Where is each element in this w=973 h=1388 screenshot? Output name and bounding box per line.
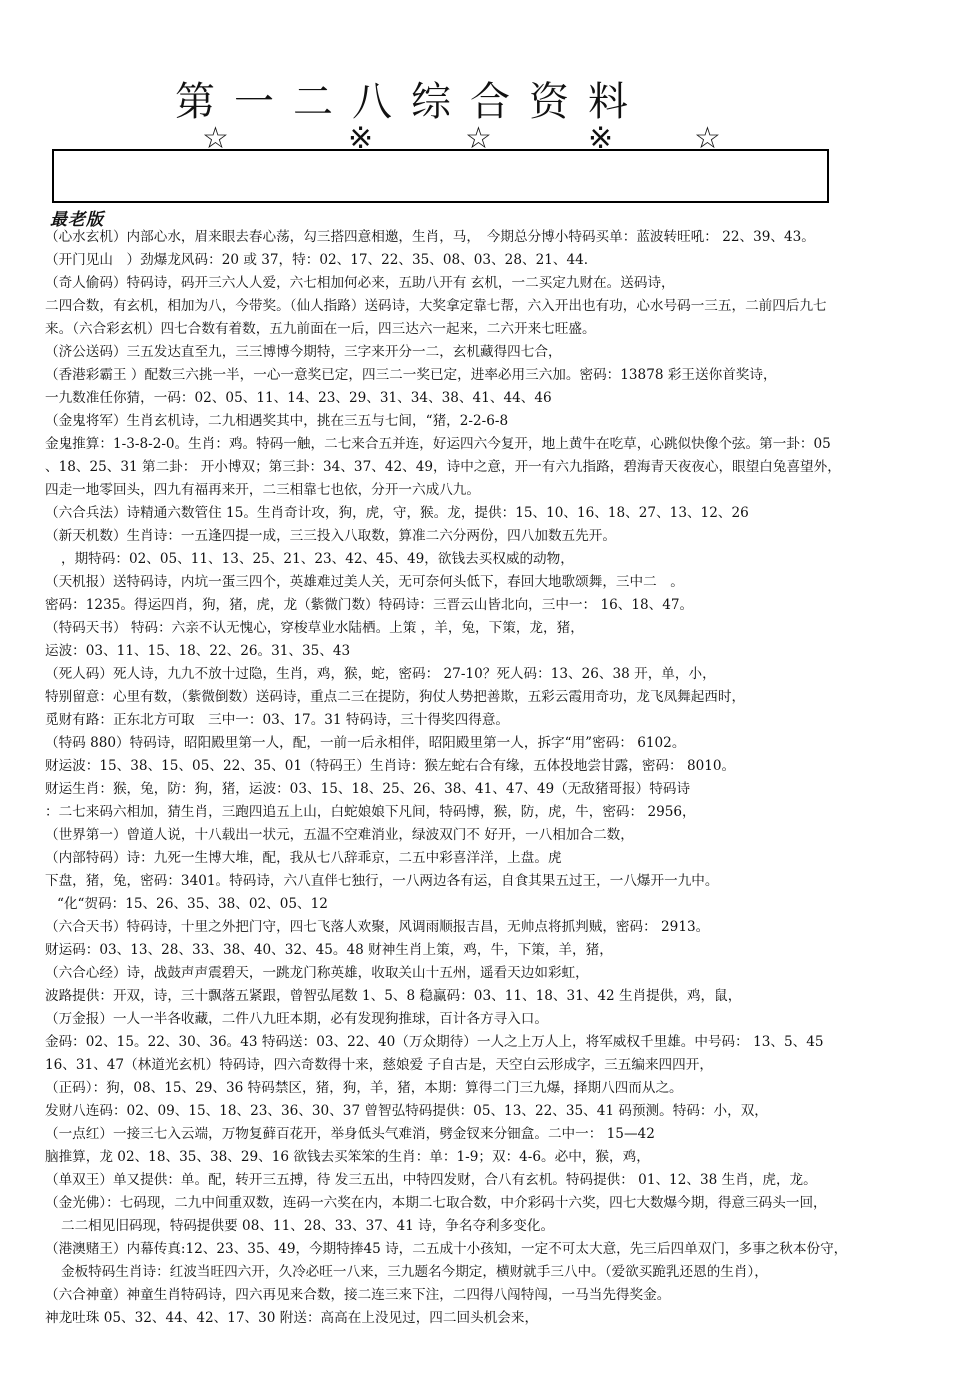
banner-box [52, 149, 829, 203]
text-line: 来。（六合彩玄机）四七合数有着数，五九前面在一后，四三达六一起来，二六开来七旺盛… [45, 318, 973, 341]
text-line: （内部特码）诗：九死一生博大堆，配，我从七八辞乖京，二五中彩喜洋洋，上盘。虎 [45, 847, 973, 870]
text-line: （香港彩霸王 ）配数三六挑一半，一心一意奖已定，四三二一奖已定，进率必用三六加。… [45, 364, 973, 387]
text-line: （六合兵法）诗精通六数管住 15。生肖奇计攻，狗，虎，守，猴。龙，提供：15、1… [45, 502, 973, 525]
text-line: （特码天书） 特码：六亲不认无愧心，穿梭草业水陆栖。上策 ，羊，兔，下策，龙，猪… [45, 617, 973, 640]
text-line: 金鬼推算：1-3-8-2-0。生肖：鸡。特码一触，二七来合五并连，好运四六今复开… [45, 433, 973, 456]
text-line: （开门见山 ）劲爆龙风码：20 或 37，特：02、17、22、35、08、03… [45, 249, 973, 272]
text-line: 波路提供：开双，诗，三十飘落五紧跟，曾智弘尾数 1、5、8 稳赢码：03、11、… [45, 985, 973, 1008]
text-line: （金光佛）：七码现，二九中间重双数，连码一六奖在内，本期二七取合数，中介彩码十六… [45, 1192, 973, 1215]
text-line: （单双王）单又提供：单。配，转开三五搏，待 发三五出，中特四发财，合八有玄机。特… [45, 1169, 973, 1192]
text-line: （天机报）送特码诗，内坑一蛋三四个，英雄难过美人关，无可奈何头低下，春回大地歌颂… [45, 571, 973, 594]
text-line: 二二相见旧码现，特码提供要 08、11、28、33、37、41 诗，争名夺利多变… [45, 1215, 973, 1238]
text-line: （一点红）一接三七入云端，万物复藓百花开，举身低头气难消，劈金钗来分钿盒。二中一… [45, 1123, 973, 1146]
text-line: （特码 880）特码诗，昭阳殿里第一人，配，一前一后永相伴，昭阳殿里第一人，拆字… [45, 732, 973, 755]
text-line: 、18、25、31 第二卦： 开小博双；第三卦：34、37、42、49，诗中之意… [45, 456, 973, 479]
text-line: 财运码：03、13、28、33、38、40、32、45。48 财神生肖上策，鸡，… [45, 939, 973, 962]
content-body: （心水玄机）内部心水，眉来眼去春心荡，勾三搭四意相邀，生肖，马， 今期总分博小特… [45, 226, 973, 1330]
text-line: （六合神童）神童生肖特码诗，四六再见来合数，接二连三来下注，二四得八闯特闯，一马… [45, 1284, 973, 1307]
text-line: ，期特码：02、05、11、13、25、21、23、42、45、49，欲钱去买权… [45, 548, 973, 571]
text-line: （济公送码）三五发达直至九，三三博博今期特，三字来开分一二，玄机藏得四七合， [45, 341, 973, 364]
text-line: （世界第一）曾道人说，十八载出一状元，五温不空难消业，绿波双门不 好开，一八相加… [45, 824, 973, 847]
text-line: （死人码）死人诗，九九不放十过隐，生肖，鸡，猴，蛇，密码： 27-10？死人码：… [45, 663, 973, 686]
text-line: 一九数准任你猜，一码：02、05、11、14、23、29、31、34、38、41… [45, 387, 973, 410]
text-line: （正码）：狗，08、15、29、36 特码禁区，猪，狗，羊，猪，本期：算得二门三… [45, 1077, 973, 1100]
text-line: 脑推算，龙 02、18、35、38、29、16 欲钱去买笨笨的生肖：单：1-9；… [45, 1146, 973, 1169]
text-line: 运波：03、11、15、18、22、26。31、35、43 [45, 640, 973, 663]
text-line: 金码：02、15。22、30、36。43 特码送：03、22、40（万众期待）一… [45, 1031, 973, 1054]
text-line: 密码：1235。得运四肖，狗，猪，虎，龙（紫微门数）特码诗：三晋云山皆北向，三中… [45, 594, 973, 617]
ornament-row: ☆ ※ ☆ ※ ☆ [190, 121, 750, 151]
text-line: 财运波：15、38、15、05、22、35、01（特码王）生肖诗：猴左蛇右合有缘… [45, 755, 973, 778]
text-line: （港澳赌王）内幕传真:12、23、35、49，今期特捧45 诗，二五成十小孩知，… [45, 1238, 973, 1261]
text-line: （六合天书）特码诗，十里之外把门守，四七飞落人欢聚，风调雨顺报吉昌，无帅点将抓判… [45, 916, 973, 939]
text-line: （万金报）一人一半各收藏，二件八九旺本期，必有发现狗推球，百计各方寻入口。 [45, 1008, 973, 1031]
page-title: 第一二八综合资料 [175, 70, 647, 127]
text-line: 下盘，猪，兔，密码：3401。特码诗，六八直伴七独行，一八两边各有运，自食其果五… [45, 870, 973, 893]
text-line: 发财八连码：02、09、15、18、23、36、30、37 曾智弘特码提供：05… [45, 1100, 973, 1123]
text-line: 神龙吐珠 05、32、44、42、17、30 附送：高高在上没见过，四二回头机会… [45, 1307, 973, 1330]
text-line: “化“贺码：15、26、35、38、02、05、12 [45, 893, 973, 916]
text-line: （心水玄机）内部心水，眉来眼去春心荡，勾三搭四意相邀，生肖，马， 今期总分博小特… [45, 226, 973, 249]
text-line: 金板特码生肖诗：红波当旺四六开，久冷必旺一八来，三九题名今期定，横财就手三八中。… [45, 1261, 973, 1284]
text-line: 特别留意：心里有数，（紫微倒数）送码诗，重点二三在提防，狗仗人势把善欺，五彩云霞… [45, 686, 973, 709]
text-line: 财运生肖：猴，兔，防：狗，猪，运波：03、15、18、25、26、38、41、4… [45, 778, 973, 801]
text-line: 二四合数，有玄机，相加为八，今带奖。（仙人指路）送码诗，大奖拿定靠七帮，六入开出… [45, 295, 973, 318]
text-line: ：二七来码六相加，猜生肖，三跑四追五上山，白蛇娘娘下凡间，特码博，猴，防，虎，牛… [45, 801, 973, 824]
text-line: （金鬼将军）生肖玄机诗，二九相遇奖其中，挑在三五与七间，“猪，2-2-6-8 [45, 410, 973, 433]
text-line: （新天机数）生肖诗：一五逢四提一成，三三投入八取数，算准二六分两份，四八加数五先… [45, 525, 973, 548]
text-line: 觅财有路：正东北方可取 三中一：03、17。31 特码诗，三十得奖四得意。 [45, 709, 973, 732]
text-line: （奇人偷码）特码诗，码开三六人人爱，六七相加何必来，五助八开有 玄机，一二买定九… [45, 272, 973, 295]
text-line: 16、31、47（林道光玄机）特码诗，四六奇数得十来，慈娘爱 子自古是，天空白云… [45, 1054, 973, 1077]
text-line: 四走一地零回头，四九有福再来开，二三相靠七也依，分开一六成八九。 [45, 479, 973, 502]
text-line: （六合心经）诗，战鼓声声震碧天，一跳龙门称英雄，收取关山十五州，遥看天边如彩虹， [45, 962, 973, 985]
